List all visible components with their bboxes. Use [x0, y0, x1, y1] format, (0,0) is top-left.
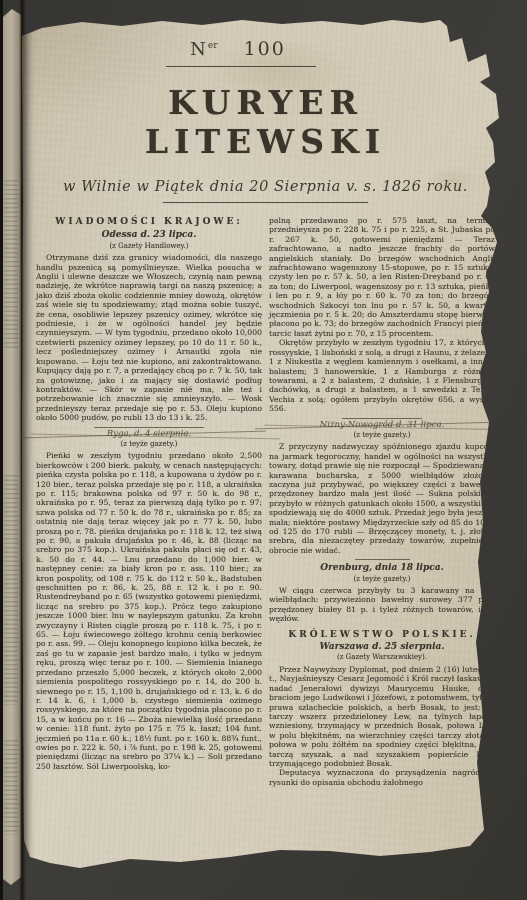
paragraph-nizny: Z przyczyny nadzwyczay spóźnionego zjazd…	[269, 442, 495, 555]
paragraph-ships: Okrętów przybyło w zeszłym tygodniu 17, …	[269, 338, 495, 413]
source-orenburg: (z teyże gazety.)	[269, 575, 495, 584]
newspaper-title: KURYER LITEWSKI	[36, 83, 495, 161]
dateline-warszawa: Warszawa d. 25 sierpnia.	[269, 643, 495, 652]
issue-number-value: 100	[244, 38, 286, 60]
section-divider	[94, 427, 204, 428]
issue-number-sup: er	[208, 41, 218, 51]
struck-heading-nizny: Niżny-Nowogród d. 31 lipca.	[269, 421, 495, 430]
newspaper-sheet: Ner100 KURYER LITEWSKI w Wilnie w Piątek…	[22, 0, 507, 900]
source-odessa: (z Gazety Handlowey.)	[36, 242, 262, 251]
struck-heading-ryga: Ryga, d. 4 sierpnia.	[36, 430, 262, 439]
text-columns: WIADOMOŚCI KRAJOWE: Odessa d. 23 lipca. …	[36, 216, 495, 787]
column-left: WIADOMOŚCI KRAJOWE: Odessa d. 23 lipca. …	[36, 216, 262, 787]
paragraph-ryga: Pieńki w zeszłym tygodniu przedano około…	[36, 451, 262, 771]
adjacent-page-text-fragments	[4, 475, 18, 705]
page-content: Ner100 KURYER LITEWSKI w Wilnie w Piątek…	[36, 38, 495, 787]
paragraph-odessa: Otrzymane dziś zza granicy wiadomości, d…	[36, 253, 262, 422]
source-warszawa: (z Gazety Warszawskiey).	[269, 653, 495, 662]
masthead-rule-top	[166, 66, 316, 67]
section-heading-krolewstwo: KRÓLEWSTWO POLSKIE.	[269, 631, 495, 640]
masthead-rule-bottom	[163, 202, 368, 203]
masthead-dateline: w Wilnie w Piątek dnia 20 Sierpnia v. s.…	[36, 179, 495, 195]
issue-number-prefix: N	[190, 39, 208, 60]
paragraph-continuation: palną przedawano po r. 575 łaszt, na ter…	[269, 216, 495, 338]
source-nizny: (z teyże gazety.)	[269, 431, 495, 440]
section-divider	[355, 559, 410, 560]
paragraph-deputacya: Deputacya wyznaczona do przysądzenia nag…	[269, 768, 495, 787]
scanned-newspaper-page: Ner100 KURYER LITEWSKI w Wilnie w Piątek…	[0, 0, 527, 900]
book-spine-edge	[0, 0, 3, 900]
adjacent-page-text-fragments	[4, 180, 18, 350]
column-right: palną przedawano po r. 575 łaszt, na ter…	[269, 216, 495, 787]
dateline-odessa: Odessa d. 23 lipca.	[36, 231, 262, 240]
adjacent-page-text-fragments	[4, 740, 18, 835]
section-divider	[342, 418, 422, 419]
section-heading-krajowe: WIADOMOŚCI KRAJOWE:	[36, 218, 262, 227]
paragraph-warszawa: Przez Naywyższy Dyplomat, pod dniem 2 (1…	[269, 665, 495, 768]
paragraph-orenburg: W ciągu czerwca przybyły tu 3 karawany n…	[269, 586, 495, 624]
source-ryga: (z teyże gazety.)	[36, 440, 262, 449]
issue-number: Ner100	[0, 38, 495, 60]
dateline-orenburg: Orenburg, dnia 18 lipca.	[269, 564, 495, 573]
